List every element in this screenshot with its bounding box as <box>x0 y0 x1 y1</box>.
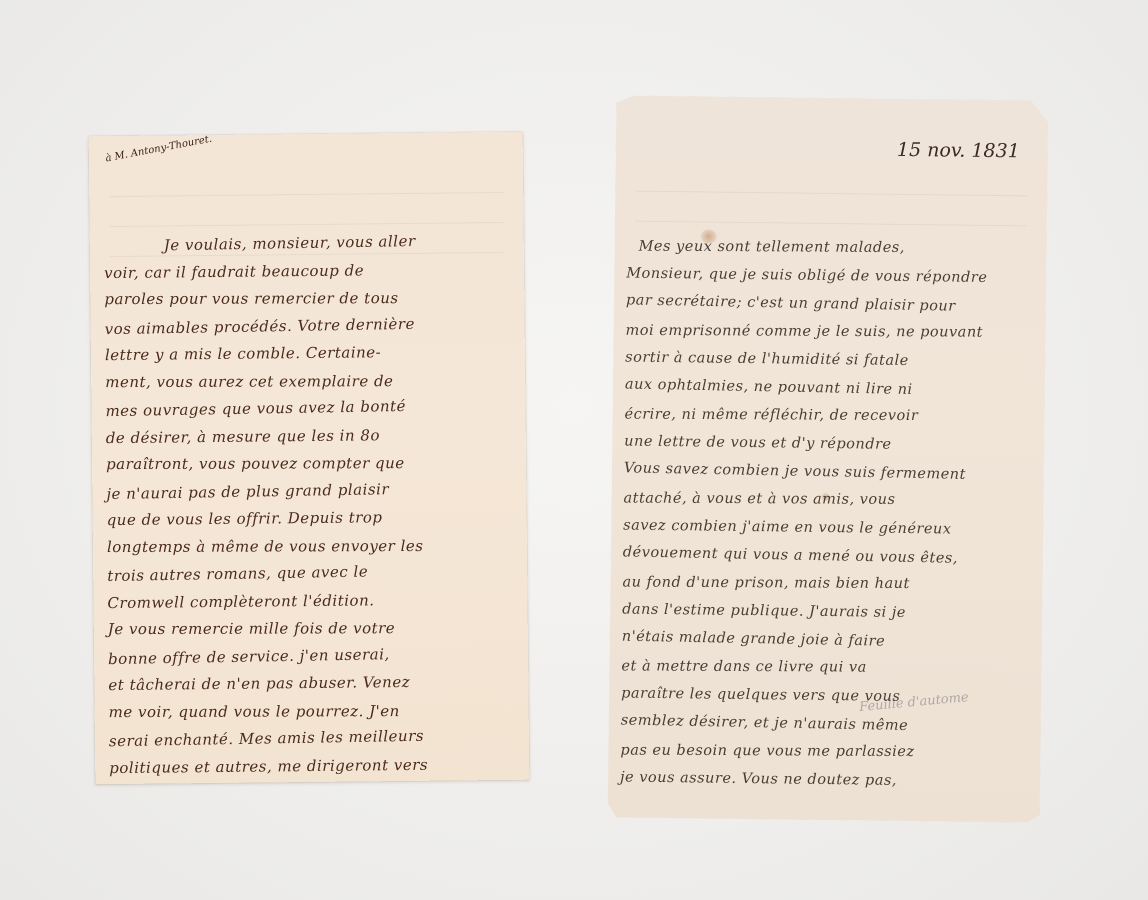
handwritten-line: je vous assure. Vous ne doutez pas, <box>620 769 897 788</box>
handwritten-line: voir, car il faudrait beaucoup de <box>104 261 364 282</box>
handwritten-line: vos aimables procédés. Votre dernière <box>104 314 415 337</box>
handwritten-line: écrire, ni même réfléchir, de recevoir <box>624 407 918 425</box>
handwritten-line: Monsieur, que je suis obligé de vous rép… <box>626 266 987 286</box>
letter-left-body: Je voulais, monsieur, vous allervoir, ca… <box>89 132 523 137</box>
handwritten-line: sortir à cause de l'humidité si fatale <box>625 350 909 369</box>
handwritten-line: paraître les quelques vers que vous <box>621 685 900 704</box>
letter-right: 15 nov. 1831 Feuille d'autome Mes yeux s… <box>608 95 1049 822</box>
handwritten-line: mes ouvrages que vous avez la bonté <box>105 397 406 420</box>
handwritten-line: dévouement qui vous a mené ou vous êtes, <box>623 544 958 566</box>
handwritten-line: lettre y a mis le comble. Certaine- <box>105 343 381 364</box>
letter-left: à M. Antony-Thouret. Je voulais, monsieu… <box>89 132 530 785</box>
handwritten-line: paroles pour vous remercier de tous <box>104 289 398 308</box>
handwritten-line: Je vous remercie mille fois de votre <box>108 619 395 638</box>
handwritten-line: par secrétaire; c'est un grand plaisir p… <box>626 292 956 314</box>
letter-right-body: Mes yeux sont tellement malades,Monsieur… <box>616 95 1048 100</box>
handwritten-line: au fond d'une prison, mais bien haut <box>622 575 909 593</box>
handwritten-line: je n'aurai pas de plus grand plaisir <box>106 480 389 503</box>
handwritten-line: et à mettre dans ce livre qui va <box>621 658 866 675</box>
handwritten-line: semblez désirer, et je n'aurais même <box>621 712 909 734</box>
handwritten-line: que de vous les offrir. Depuis trop <box>107 508 383 529</box>
handwritten-line: serai enchanté. Mes amis les meilleurs <box>109 727 424 750</box>
handwritten-line: de désirer, à mesure que les in 8o <box>106 426 380 447</box>
handwritten-line: ment, vous aurez cet exemplaire de <box>105 372 393 391</box>
handwritten-line: Mes yeux sont tellement malades, <box>639 239 905 256</box>
handwritten-line: paraîtront, vous pouvez compter que <box>106 454 405 473</box>
handwritten-line: me voir, quand vous le pourrez. J'en <box>109 702 400 721</box>
handwritten-line: longtemps à même de vous envoyer les <box>107 536 424 555</box>
handwritten-line: moi emprisonné comme je le suis, ne pouv… <box>626 323 984 341</box>
handwritten-line: dans l'estime publique. J'aurais si je <box>622 601 906 620</box>
handwritten-line: savez combien j'aime en vous le généreux <box>623 518 952 538</box>
handwritten-line: attaché, à vous et à vos amis, vous <box>623 490 895 507</box>
letter-date: 15 nov. 1831 <box>897 139 1020 162</box>
handwritten-line: une lettre de vous et d'y répondre <box>624 434 892 453</box>
handwritten-line: Vous savez combien je vous suis fermemen… <box>624 460 966 483</box>
docket-note: à M. Antony-Thouret. <box>105 134 213 165</box>
handwritten-line: bonne offre de service. j'en userai, <box>108 645 390 668</box>
handwritten-line: Je voulais, monsieur, vous aller <box>164 232 416 254</box>
handwritten-line: n'étais malade grande joie à faire <box>622 629 886 650</box>
handwritten-line: pas eu besoin que vous me parlassiez <box>620 743 914 761</box>
handwritten-line: trois autres romans, que avec le <box>107 562 368 585</box>
handwritten-line: aux ophtalmies, ne pouvant ni lire ni <box>625 377 913 399</box>
handwritten-line: et tâcherai de n'en pas abuser. Venez <box>108 673 410 694</box>
handwritten-line: Cromwell complèteront l'édition. <box>107 591 374 612</box>
handwritten-line: politiques et autres, me dirigeront vers <box>109 755 428 776</box>
